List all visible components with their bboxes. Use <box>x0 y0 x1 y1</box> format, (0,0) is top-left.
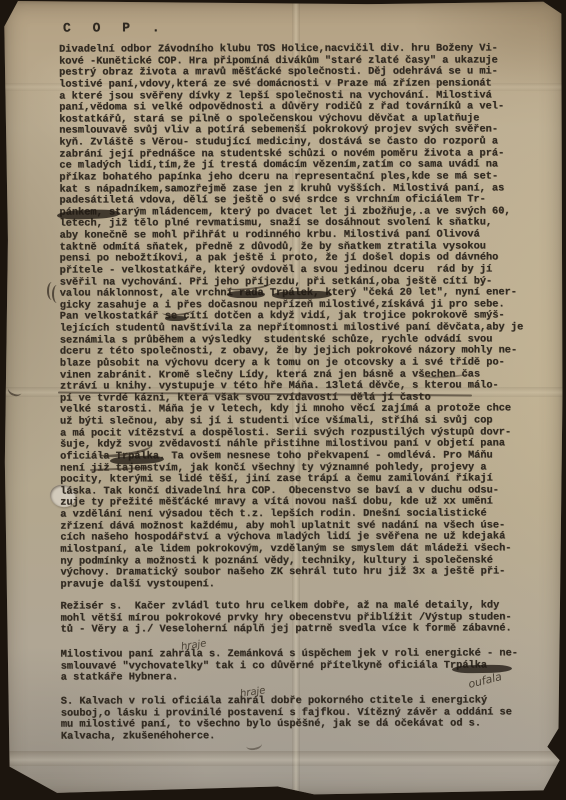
pen-strikethrough <box>227 291 265 298</box>
director-paragraph: Režisér s. Kačer zvládl tuto hru celkem … <box>61 600 512 636</box>
pen-strikethrough <box>165 316 187 321</box>
document-title: C O P . <box>63 21 167 35</box>
pen-margin-mark <box>52 285 62 303</box>
review-body-paragraph: Divadelní odbor Závodního klubu TOS Holi… <box>59 43 524 591</box>
kalvach-paragraph: S. Kalvach v roli oficiála zahrál dobře … <box>61 695 512 743</box>
zemankova-paragraph: Milostivou paní zahrála s. Zemánková s ú… <box>61 648 518 684</box>
photographed-document: C O P . Divadelní odbor Závodního klubu … <box>0 0 566 800</box>
